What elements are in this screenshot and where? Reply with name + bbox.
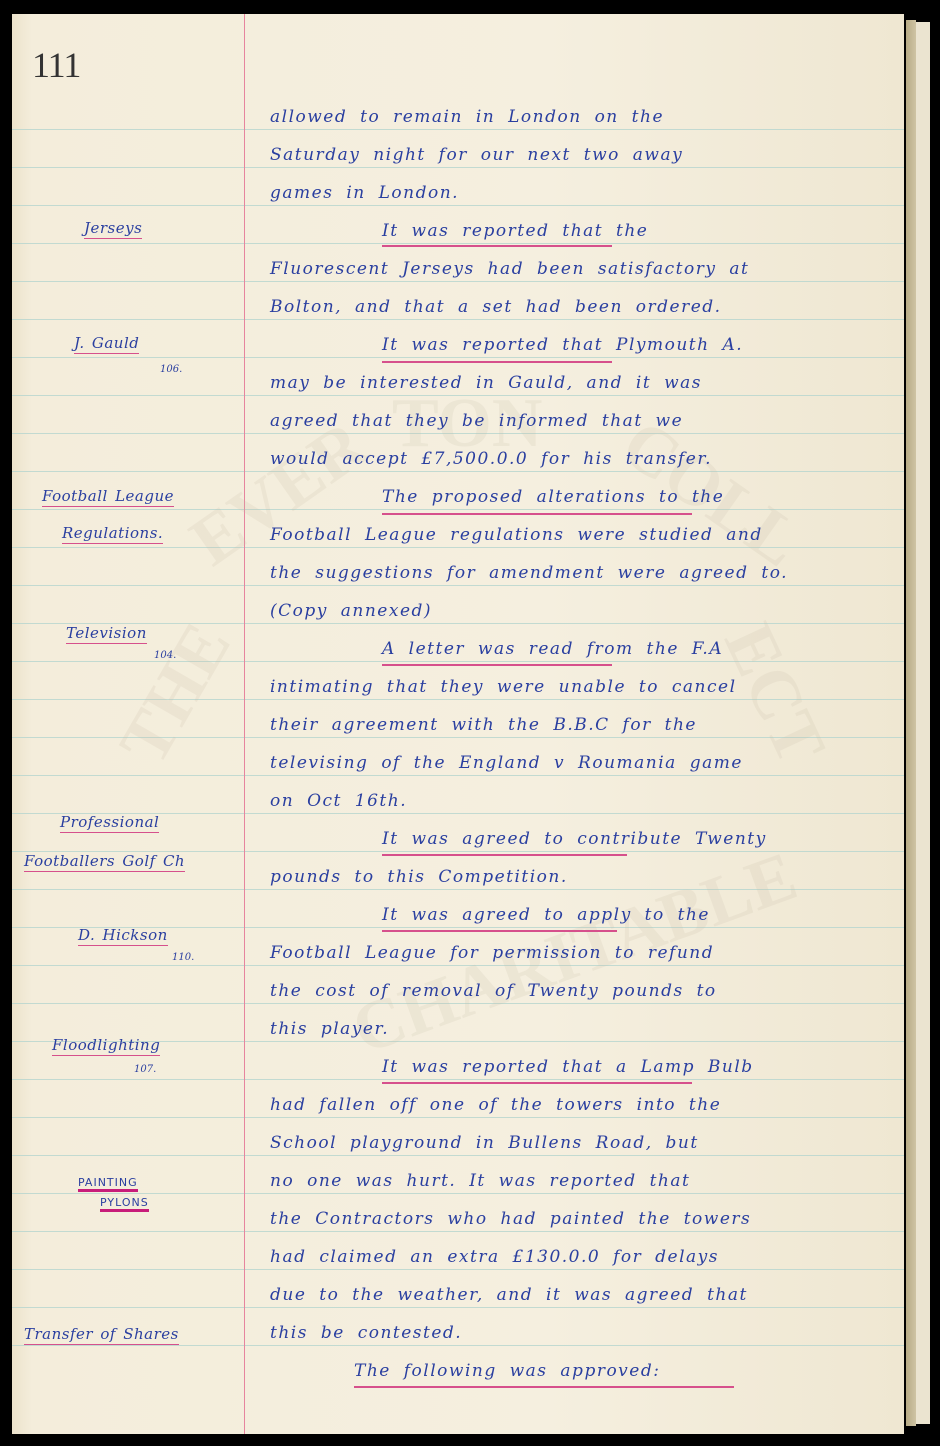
page-gutter-edge: [906, 20, 916, 1426]
body-line: the cost of removal of Twenty pounds to: [270, 981, 717, 1001]
margin-ref-television: 104.: [154, 650, 176, 661]
ruled-line: [12, 243, 904, 244]
ruled-line: [12, 205, 904, 206]
ruled-line: [12, 1307, 904, 1308]
ruled-line: [12, 661, 904, 662]
body-line: this be contested.: [270, 1323, 462, 1343]
body-line: Football League regulations were studied…: [270, 525, 763, 545]
underline-mark: [382, 854, 627, 856]
body-line: the suggestions for amendment were agree…: [270, 563, 788, 583]
ruled-line: [12, 357, 904, 358]
body-line: It was reported that a Lamp Bulb: [382, 1057, 754, 1077]
margin-ref-d-hickson: 110.: [172, 952, 194, 963]
ruled-line: [12, 889, 904, 890]
margin-note-transfer-of-shares: Transfer of Shares: [24, 1325, 179, 1343]
margin-note-television: Television: [66, 624, 147, 642]
underline-mark: [382, 930, 617, 932]
ruled-line: [12, 1117, 904, 1118]
ruled-line: [12, 1269, 904, 1270]
ruled-line: [12, 699, 904, 700]
ruled-line: [12, 1231, 904, 1232]
body-line: School playground in Bullens Road, but: [270, 1133, 699, 1153]
ruled-line: [12, 395, 904, 396]
ruled-line: [12, 1193, 904, 1194]
body-line: It was agreed to apply to the: [382, 905, 710, 925]
margin-note-footballers-golf: Footballers Golf Ch: [24, 852, 185, 870]
ruled-line: [12, 281, 904, 282]
body-line: Football League for permission to refund: [270, 943, 714, 963]
margin-note-painting: PAINTING: [78, 1176, 138, 1189]
body-line: Fluorescent Jerseys had been satisfactor…: [270, 259, 749, 279]
margin-note-professional: Professional: [60, 813, 159, 831]
ledger-page: THE EVER TON COLL ECT CHARITABLE 111 Jer…: [12, 14, 904, 1434]
next-page-edge: [916, 22, 930, 1424]
margin-note-football-league: Football League: [42, 487, 174, 505]
body-line: the Contractors who had painted the towe…: [270, 1209, 751, 1229]
body-line: It was reported that Plymouth A.: [382, 335, 743, 355]
body-line: pounds to this Competition.: [270, 867, 568, 887]
underline-mark: [354, 1386, 734, 1388]
body-line: had claimed an extra £130.0.0 for delays: [270, 1247, 719, 1267]
margin-ref-floodlighting: 107.: [134, 1064, 156, 1075]
body-line: had fallen off one of the towers into th…: [270, 1095, 721, 1115]
underline-mark: [382, 513, 692, 515]
body-line: Saturday night for our next two away: [270, 145, 683, 165]
ruled-line: [12, 547, 904, 548]
ruled-line: [12, 965, 904, 966]
ruled-line: [12, 1079, 904, 1080]
body-line: this player.: [270, 1019, 389, 1039]
body-line: It was reported that the: [382, 221, 648, 241]
body-line: It was agreed to contribute Twenty: [382, 829, 767, 849]
margin-note-j-gauld: J. Gauld: [74, 334, 139, 352]
body-line: agreed that they be informed that we: [270, 411, 683, 431]
margin-note-pylons: PYLONS: [100, 1196, 149, 1209]
underline-mark: [382, 245, 612, 247]
underline-mark: [382, 361, 612, 363]
ruled-line: [12, 775, 904, 776]
body-line: The proposed alterations to the: [382, 487, 724, 507]
page-number: 111: [32, 44, 80, 86]
body-line: televising of the England v Roumania gam…: [270, 753, 743, 773]
body-line: due to the weather, and it was agreed th…: [270, 1285, 748, 1305]
ruled-line: [12, 433, 904, 434]
body-line: intimating that they were unable to canc…: [270, 677, 737, 697]
ruled-line: [12, 1345, 904, 1346]
body-line: Bolton, and that a set had been ordered.: [270, 297, 722, 317]
underline-mark: [382, 664, 612, 666]
body-line: would accept £7,500.0.0 for his transfer…: [270, 449, 712, 469]
body-line: games in London.: [270, 183, 459, 203]
margin-note-d-hickson: D. Hickson: [78, 926, 168, 944]
ruled-line: [12, 1003, 904, 1004]
body-line: allowed to remain in London on the: [270, 107, 664, 127]
ruled-line: [12, 585, 904, 586]
body-line: A letter was read from the F.A: [382, 639, 723, 659]
underline-mark: [382, 1082, 692, 1084]
body-line: may be interested in Gauld, and it was: [270, 373, 702, 393]
margin-note-jerseys: Jerseys: [84, 219, 142, 237]
margin-note-floodlighting: Floodlighting: [52, 1036, 160, 1054]
ruled-line: [12, 167, 904, 168]
margin-note-regulations: Regulations.: [62, 524, 163, 542]
ruled-line: [12, 319, 904, 320]
ruled-line: [12, 509, 904, 510]
ruled-line: [12, 471, 904, 472]
body-line: on Oct 16th.: [270, 791, 407, 811]
ruled-line: [12, 737, 904, 738]
body-line: (Copy annexed): [270, 601, 432, 621]
body-line: their agreement with the B.B.C for the: [270, 715, 697, 735]
margin-rule: [244, 14, 245, 1434]
ruled-line: [12, 129, 904, 130]
margin-ref-j-gauld: 106.: [160, 364, 182, 375]
body-line: The following was approved:: [354, 1361, 660, 1381]
ruled-line: [12, 1155, 904, 1156]
body-line: no one was hurt. It was reported that: [270, 1171, 690, 1191]
